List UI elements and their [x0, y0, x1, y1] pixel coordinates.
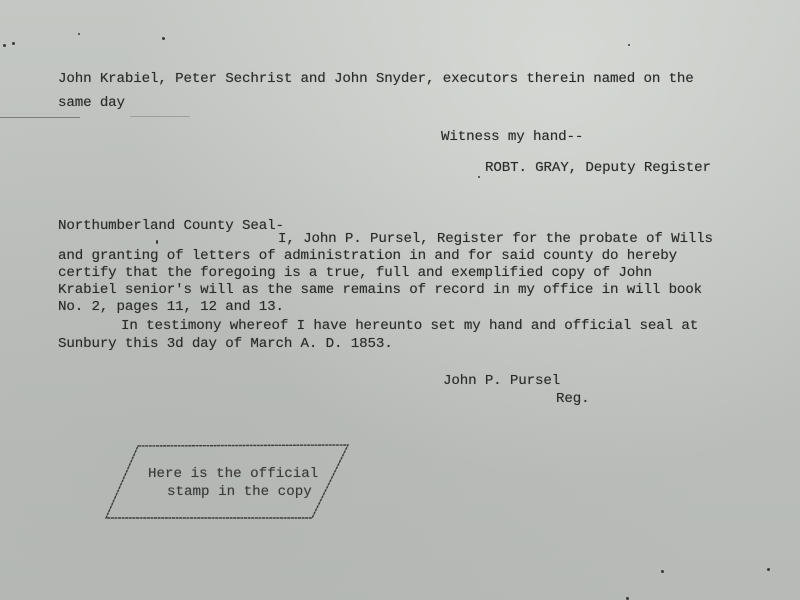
- paper-speck: [12, 42, 15, 45]
- document-page: John Krabiel, Peter Sechrist and John Sn…: [0, 0, 800, 600]
- paper-speck: [478, 176, 480, 178]
- stamp-text-line-2: stamp in the copy: [167, 483, 312, 502]
- stamp-text-line-1: Here is the official: [148, 465, 318, 484]
- register-signature-title: Reg.: [556, 391, 589, 408]
- paper-speck: [767, 568, 770, 571]
- register-signature-name: John P. Pursel: [443, 373, 560, 390]
- executors-line-2: same day: [58, 95, 125, 112]
- executors-line-1: John Krabiel, Peter Sechrist and John Sn…: [58, 71, 694, 88]
- paper-speck: [78, 33, 80, 35]
- certification-line-5: No. 2, pages 11, 12 and 13.: [58, 299, 284, 316]
- deputy-signature: ROBT. GRAY, Deputy Register: [485, 160, 711, 177]
- typed-rule-line: [130, 116, 190, 117]
- typed-rule-line: [0, 117, 80, 118]
- paper-speck: [628, 44, 630, 46]
- witness-line: Witness my hand--: [441, 129, 583, 146]
- paper-speck: [156, 240, 158, 244]
- certification-line-1: I, John P. Pursel, Register for the prob…: [278, 231, 713, 248]
- certification-line-4: Krabiel senior's will as the same remain…: [58, 282, 702, 299]
- testimony-line-2: Sunbury this 3d day of March A. D. 1853.: [58, 336, 393, 353]
- paper-speck: [162, 37, 165, 40]
- certification-line-3: certify that the foregoing is a true, fu…: [58, 265, 652, 282]
- certification-line-2: and granting of letters of administratio…: [58, 248, 677, 265]
- paper-speck: [661, 570, 664, 573]
- seal-heading: Northumberland County Seal-: [58, 218, 284, 235]
- testimony-line-1: In testimony whereof I have hereunto set…: [121, 318, 698, 335]
- paper-speck: [3, 44, 6, 47]
